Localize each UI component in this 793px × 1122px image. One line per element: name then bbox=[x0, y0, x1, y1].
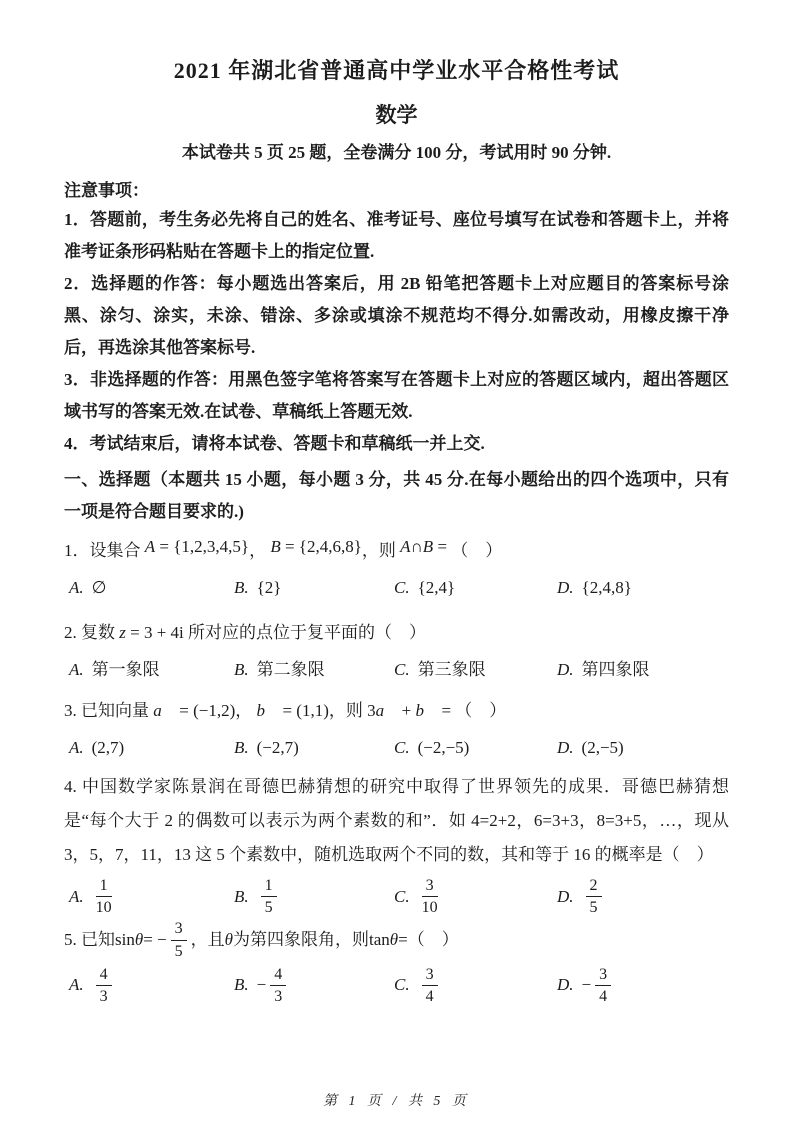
question-5-options: A.43 B.−43 C.34 D.−34 bbox=[64, 965, 729, 1006]
math-expr: = 3 + 4i bbox=[126, 623, 184, 642]
fraction: 15 bbox=[261, 876, 277, 917]
numerator: 1 bbox=[96, 876, 112, 897]
stem-text: ，则 bbox=[362, 541, 400, 560]
option-d: D.(2,−5) bbox=[557, 734, 729, 762]
option-label: D. bbox=[557, 971, 574, 999]
math-expr: = (−1,2) bbox=[175, 701, 235, 720]
option-label: B. bbox=[234, 574, 249, 602]
question-1-options: A.∅ B.{2} C.{2,4} D.{2,4,8} bbox=[64, 574, 729, 602]
question-1: 1．设集合 A = {1,2,3,4,5}， B = {2,4,6,8}，则 A… bbox=[64, 536, 729, 602]
fraction: 34 bbox=[422, 965, 438, 1006]
option-label: C. bbox=[394, 734, 410, 762]
option-d: D.{2,4,8} bbox=[557, 574, 729, 602]
numerator: 3 bbox=[171, 919, 187, 940]
denominator: 4 bbox=[426, 986, 434, 1006]
option-label: A. bbox=[69, 883, 84, 911]
option-b: B.−43 bbox=[234, 965, 394, 1006]
denominator: 5 bbox=[590, 897, 598, 917]
exam-paper-page: 2021 年湖北省普通高中学业水平合格性考试 数学 本试卷共 5 页 25 题，… bbox=[0, 0, 793, 1122]
exam-subject: 数学 bbox=[64, 100, 729, 130]
option-label: A. bbox=[69, 656, 84, 684]
option-d: D.−34 bbox=[557, 965, 729, 1006]
stem-text: ， bbox=[235, 701, 256, 720]
option-value: (2,−5) bbox=[582, 734, 624, 762]
option-label: A. bbox=[69, 574, 84, 602]
question-5: 5. 已知 sin θ = −35，且 θ 为第四象限角，则 tan θ = （… bbox=[64, 919, 729, 1006]
math-var: B bbox=[423, 537, 433, 556]
tan-function: tan bbox=[369, 925, 390, 955]
numerator: 1 bbox=[261, 876, 277, 897]
math-expr: = bbox=[437, 701, 455, 720]
denominator: 4 bbox=[599, 986, 607, 1006]
option-value: (2,7) bbox=[92, 734, 125, 762]
theta-var: θ bbox=[225, 925, 233, 955]
fraction: 25 bbox=[586, 876, 602, 917]
option-label: D. bbox=[557, 883, 574, 911]
math-var: z bbox=[119, 623, 126, 642]
math-coeff: 3 bbox=[367, 701, 376, 720]
sin-function: sin bbox=[115, 925, 135, 955]
denominator: 10 bbox=[422, 897, 438, 917]
numerator: 3 bbox=[595, 965, 611, 986]
stem-text: 为第四象限角，则 bbox=[233, 925, 369, 955]
option-c: C.第三象限 bbox=[394, 656, 557, 684]
exam-title: 2021 年湖北省普通高中学业水平合格性考试 bbox=[64, 56, 729, 86]
option-label: B. bbox=[234, 734, 249, 762]
option-label: C. bbox=[394, 574, 410, 602]
denominator: 10 bbox=[96, 897, 112, 917]
question-4-stem: 4. 中国数学家陈景润在哥德巴赫猜想的研究中取得了世界领先的成果．哥德巴赫猜想是… bbox=[64, 770, 729, 872]
option-label: B. bbox=[234, 883, 249, 911]
option-value: {2} bbox=[257, 574, 282, 602]
denominator: 3 bbox=[274, 986, 282, 1006]
option-value: 第一象限 bbox=[92, 656, 160, 684]
denominator: 3 bbox=[100, 986, 108, 1006]
vector-a: a⃗ bbox=[376, 701, 398, 720]
vector-b: b⃗ bbox=[415, 701, 437, 720]
question-4: 4. 中国数学家陈景润在哥德巴赫猜想的研究中取得了世界领先的成果．哥德巴赫猜想是… bbox=[64, 770, 729, 917]
option-b: B.第二象限 bbox=[234, 656, 394, 684]
math-expr: = {1,2,3,4,5} bbox=[155, 537, 249, 556]
option-b: B.15 bbox=[234, 876, 394, 917]
question-3: 3. 已知向量 a⃗ = (−1,2)， b⃗ = (1,1)，则 3a⃗ + … bbox=[64, 696, 729, 762]
option-a: A.43 bbox=[69, 965, 234, 1006]
option-d: D.第四象限 bbox=[557, 656, 729, 684]
option-a: A.(2,7) bbox=[69, 734, 234, 762]
option-value: 第四象限 bbox=[582, 656, 650, 684]
math-var: B bbox=[270, 537, 280, 556]
theta-var: θ bbox=[390, 925, 398, 955]
option-label: C. bbox=[394, 656, 410, 684]
plus-symbol: + bbox=[397, 701, 415, 720]
numerator: 3 bbox=[422, 965, 438, 986]
stem-text: 1．设集合 bbox=[64, 541, 145, 560]
answer-blank: （ ） bbox=[455, 701, 506, 720]
option-a: A.第一象限 bbox=[69, 656, 234, 684]
question-5-stem: 5. 已知 sin θ = −35，且 θ 为第四象限角，则 tan θ = （… bbox=[64, 919, 729, 960]
denominator: 5 bbox=[175, 941, 183, 961]
notice-item-3: 3．非选择题的作答：用黑色签字笔将答案写在答题卡上对应的答题区域内，超出答题区域… bbox=[64, 364, 729, 428]
numerator: 2 bbox=[586, 876, 602, 897]
option-d: D.25 bbox=[557, 876, 729, 917]
denominator: 5 bbox=[265, 897, 273, 917]
option-value: 第三象限 bbox=[418, 656, 486, 684]
question-4-options: A.110 B.15 C.310 D.25 bbox=[64, 876, 729, 917]
page-footer: 第 1 页 / 共 5 页 bbox=[0, 1090, 793, 1110]
numerator: 4 bbox=[96, 965, 112, 986]
option-c: C.(−2,−5) bbox=[394, 734, 557, 762]
option-a: A.∅ bbox=[69, 574, 234, 602]
stem-text: 所对应的点位于复平面的（ ） bbox=[184, 623, 426, 642]
numerator: 3 bbox=[422, 876, 438, 897]
fraction: 110 bbox=[96, 876, 112, 917]
numerator: 4 bbox=[270, 965, 286, 986]
math-expr: = (1,1) bbox=[278, 701, 329, 720]
minus-sign: − bbox=[582, 971, 592, 999]
minus-sign: − bbox=[257, 971, 267, 999]
stem-text: ， bbox=[249, 541, 270, 560]
option-c: C.310 bbox=[394, 876, 557, 917]
equals-symbol: = bbox=[398, 925, 408, 955]
equals-minus: = − bbox=[143, 925, 166, 955]
exam-info-line: 本试卷共 5 页 25 题，全卷满分 100 分，考试用时 90 分钟. bbox=[64, 140, 729, 166]
fraction: 34 bbox=[595, 965, 611, 1006]
fraction: 310 bbox=[422, 876, 438, 917]
stem-text: 2. 复数 bbox=[64, 623, 119, 642]
answer-blank: （ ） bbox=[408, 925, 459, 955]
notice-item-4: 4．考试结束后，请将本试卷、答题卡和草稿纸一并上交. bbox=[64, 428, 729, 460]
math-expr: = bbox=[433, 537, 451, 556]
option-c: C.34 bbox=[394, 965, 557, 1006]
section-heading: 一、选择题（本题共 15 小题，每小题 3 分，共 45 分.在每小题给出的四个… bbox=[64, 464, 729, 528]
stem-text: 3. 已知向量 bbox=[64, 701, 153, 720]
option-label: D. bbox=[557, 656, 574, 684]
stem-text: ，则 bbox=[329, 701, 367, 720]
stem-text: ，且 bbox=[191, 925, 225, 955]
option-label: B. bbox=[234, 656, 249, 684]
vector-a: a⃗ bbox=[153, 701, 175, 720]
math-expr: = {2,4,6,8} bbox=[281, 537, 362, 556]
math-var: A bbox=[400, 537, 410, 556]
math-var: A bbox=[145, 537, 155, 556]
question-3-options: A.(2,7) B.(−2,7) C.(−2,−5) D.(2,−5) bbox=[64, 734, 729, 762]
option-label: D. bbox=[557, 734, 574, 762]
option-label: D. bbox=[557, 574, 574, 602]
option-value: ∅ bbox=[92, 574, 107, 602]
option-c: C.{2,4} bbox=[394, 574, 557, 602]
question-2-stem: 2. 复数 z = 3 + 4i 所对应的点位于复平面的（ ） bbox=[64, 618, 729, 648]
theta-var: θ bbox=[135, 925, 143, 955]
option-value: (−2,−5) bbox=[418, 734, 470, 762]
option-b: B.{2} bbox=[234, 574, 394, 602]
option-value: {2,4,8} bbox=[582, 574, 632, 602]
fraction: 35 bbox=[171, 919, 187, 960]
option-label: A. bbox=[69, 971, 84, 999]
question-1-stem: 1．设集合 A = {1,2,3,4,5}， B = {2,4,6,8}，则 A… bbox=[64, 536, 729, 566]
question-2: 2. 复数 z = 3 + 4i 所对应的点位于复平面的（ ） A.第一象限 B… bbox=[64, 618, 729, 684]
option-label: B. bbox=[234, 971, 249, 999]
option-value: {2,4} bbox=[418, 574, 456, 602]
option-value: (−2,7) bbox=[257, 734, 299, 762]
fraction: 43 bbox=[96, 965, 112, 1006]
intersection-symbol: ∩ bbox=[411, 537, 423, 556]
option-label: C. bbox=[394, 971, 410, 999]
option-label: C. bbox=[394, 883, 410, 911]
question-2-options: A.第一象限 B.第二象限 C.第三象限 D.第四象限 bbox=[64, 656, 729, 684]
fraction: 43 bbox=[270, 965, 286, 1006]
option-b: B.(−2,7) bbox=[234, 734, 394, 762]
option-label: A. bbox=[69, 734, 84, 762]
notices-heading: 注意事项： bbox=[64, 178, 729, 204]
answer-blank: （ ） bbox=[451, 541, 502, 560]
option-a: A.110 bbox=[69, 876, 234, 917]
notice-item-1: 1．答题前，考生务必先将自己的姓名、准考证号、座位号填写在试卷和答题卡上，并将准… bbox=[64, 204, 729, 268]
vector-b: b⃗ bbox=[256, 701, 278, 720]
notice-item-2: 2．选择题的作答：每小题选出答案后，用 2B 铅笔把答题卡上对应题目的答案标号涂… bbox=[64, 268, 729, 364]
stem-text: 5. 已知 bbox=[64, 925, 115, 955]
question-3-stem: 3. 已知向量 a⃗ = (−1,2)， b⃗ = (1,1)，则 3a⃗ + … bbox=[64, 696, 729, 726]
option-value: 第二象限 bbox=[257, 656, 325, 684]
